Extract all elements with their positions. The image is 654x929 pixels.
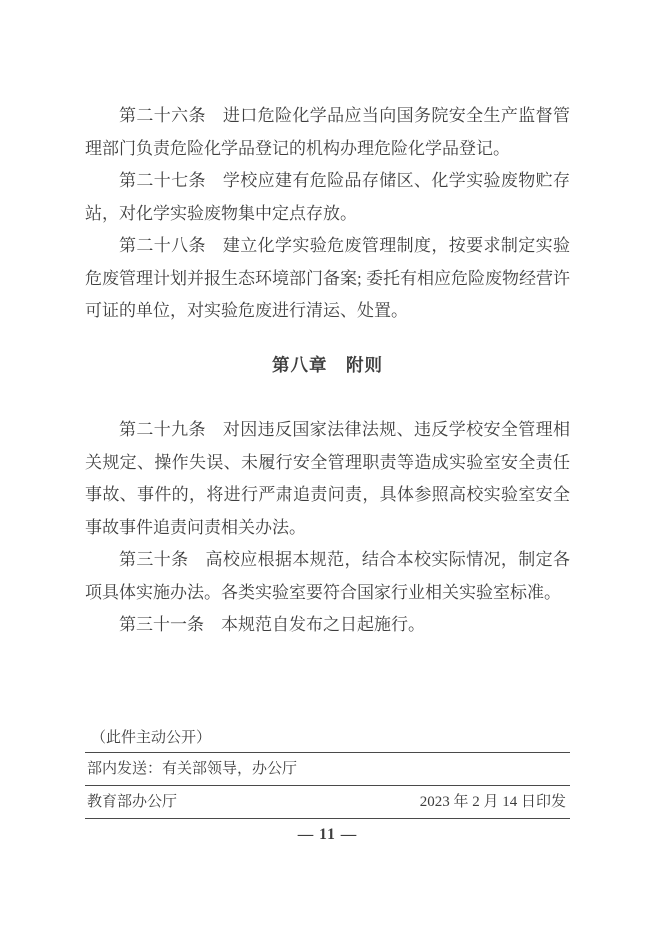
article-27-paragraph: 第二十七条学校应建有危险品存储区、化学实验废物贮存站，对化学实验废物集中定点存放… (85, 165, 570, 230)
document-footer: （此件主动公开） 部内发送：有关部领导，办公厅 教育部办公厅 2023 年 2 … (85, 726, 570, 844)
distribution-row: 部内发送：有关部领导，办公厅 (85, 753, 570, 786)
article-26-paragraph: 第二十六条进口危险化学品应当向国务院安全生产监督管理部门负责危险化学品登记的机构… (85, 100, 570, 165)
chapter-heading: 第八章 附则 (85, 349, 570, 382)
article-29-paragraph: 第二十九条对因违反国家法律法规、违反学校安全管理相关规定、操作失误、未履行安全管… (85, 414, 570, 544)
document-body: 第二十六条进口危险化学品应当向国务院安全生产监督管理部门负责危险化学品登记的机构… (85, 100, 570, 642)
distribution-text: 部内发送：有关部领导，办公厅 (87, 761, 297, 777)
disclosure-note-row: （此件主动公开） (85, 726, 570, 753)
article-29-number: 第二十九条 (119, 420, 206, 439)
article-26-number: 第二十六条 (119, 106, 206, 125)
article-31-number: 第三十一条 (119, 615, 204, 634)
document-page: 第二十六条进口危险化学品应当向国务院安全生产监督管理部门负责危险化学品登记的机构… (0, 0, 654, 929)
article-30-number: 第三十条 (119, 550, 189, 569)
page-number: — 11 — (85, 819, 570, 844)
issuer-name: 教育部办公厅 (87, 792, 177, 812)
article-30-paragraph: 第三十条高校应根据本规范，结合本校实际情况，制定各项具体实施办法。各类实验室要符… (85, 544, 570, 609)
article-28-paragraph: 第二十八条建立化学实验危废管理制度，按要求制定实验危废管理计划并报生态环境部门备… (85, 230, 570, 328)
article-28-number: 第二十八条 (119, 236, 206, 255)
article-27-number: 第二十七条 (119, 171, 206, 190)
article-31-text: 本规范自发布之日起施行。 (221, 615, 425, 634)
article-31-paragraph: 第三十一条本规范自发布之日起施行。 (85, 609, 570, 642)
issuer-row: 教育部办公厅 2023 年 2 月 14 日印发 (85, 786, 570, 819)
print-date: 2023 年 2 月 14 日印发 (420, 792, 566, 812)
page-number-text: — 11 — (298, 826, 357, 843)
disclosure-note: （此件主动公开） (91, 730, 211, 746)
